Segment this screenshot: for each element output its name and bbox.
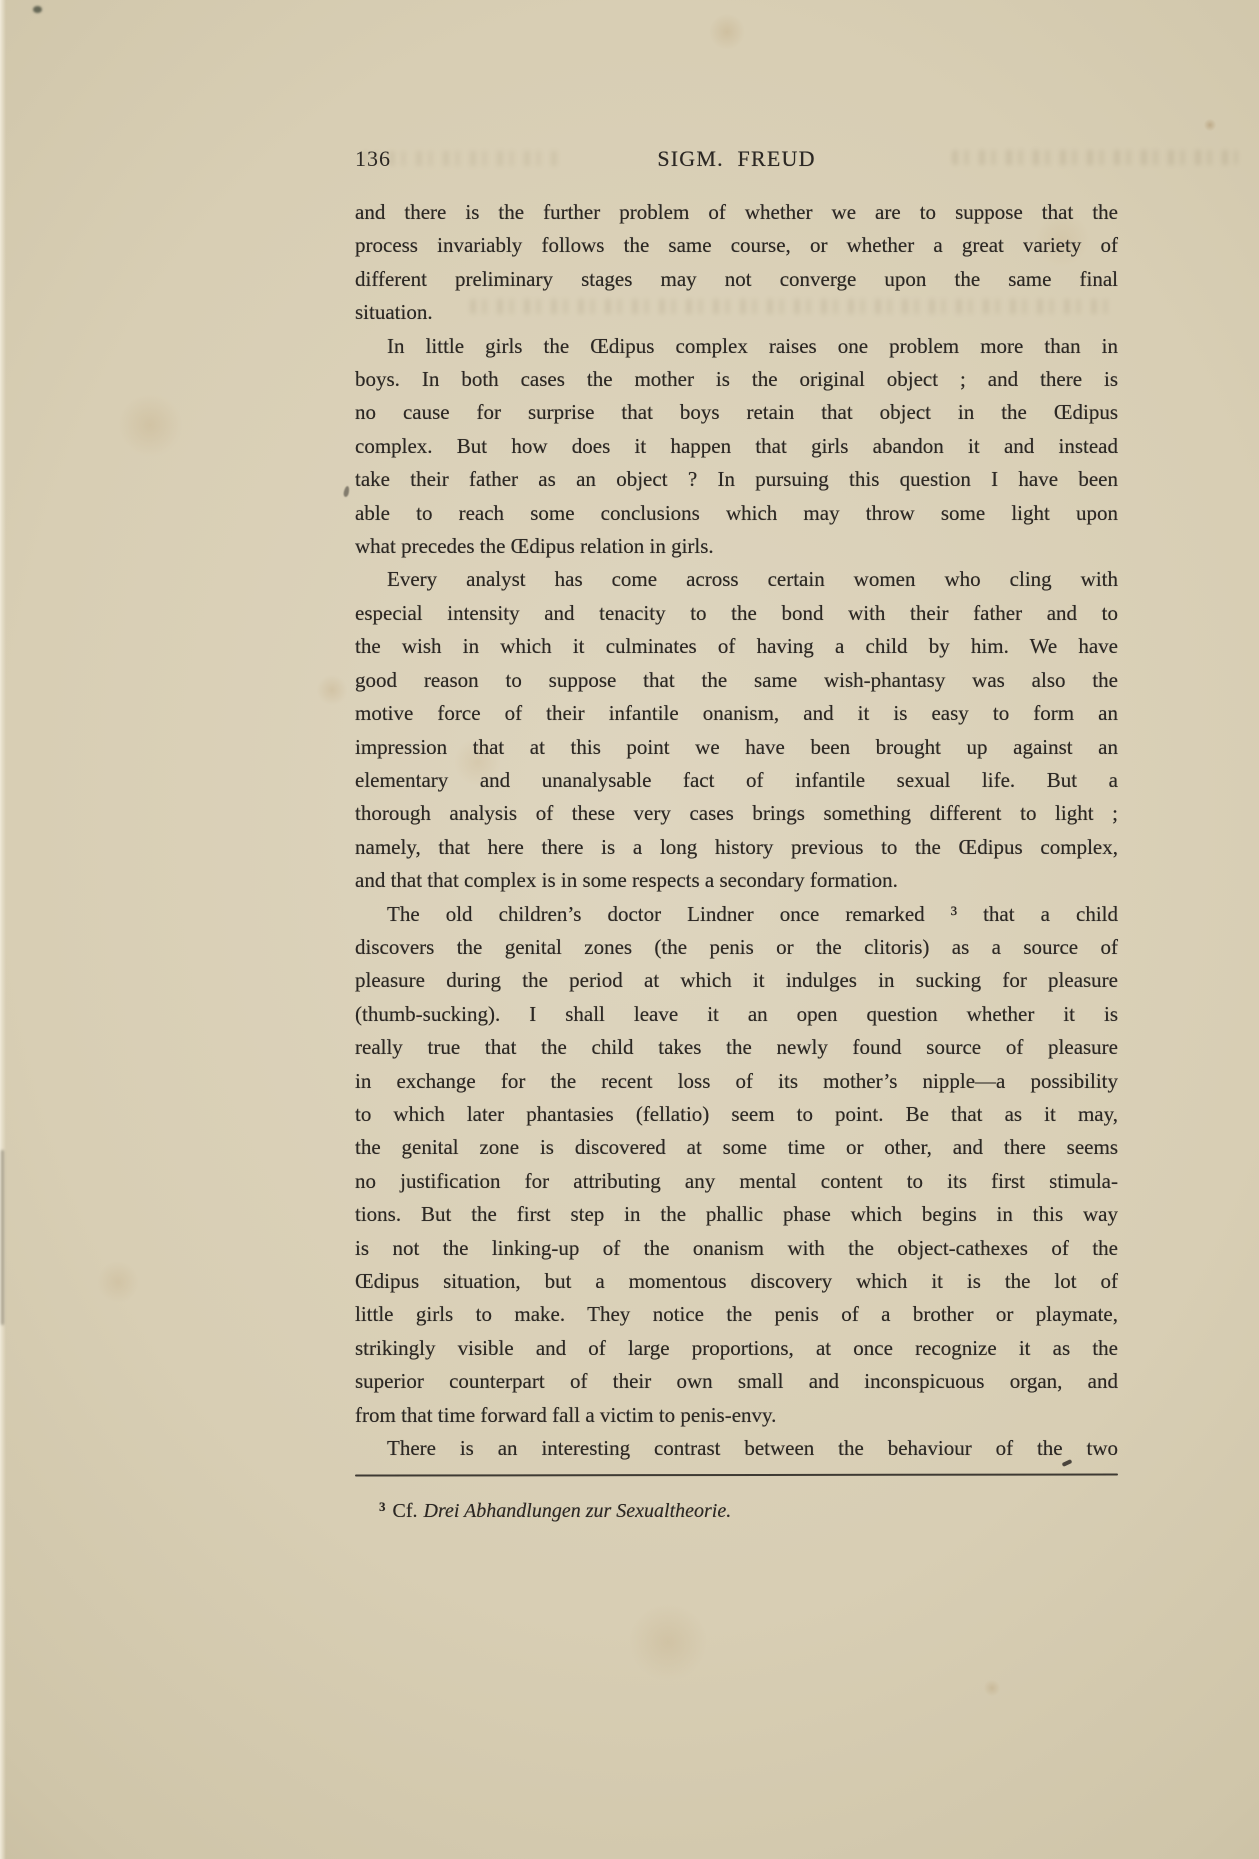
text-line: process invariably follows the same cour… — [355, 229, 1118, 262]
text-line: tions. But the first step in the phallic… — [355, 1198, 1118, 1231]
text-line: elementary and unanalysable fact of infa… — [355, 764, 1118, 797]
ink-speck — [343, 486, 350, 498]
text-line: In little girls the Œdipus complex raise… — [355, 330, 1118, 363]
text-line: Œdipus situation, but a momentous discov… — [355, 1265, 1118, 1298]
text-line: thorough analysis of these very cases br… — [355, 797, 1118, 830]
text-line: (thumb-sucking). I shall leave it an ope… — [355, 998, 1118, 1031]
book-page: 136 SIGM. FREUD and there is the further… — [0, 0, 1259, 1859]
footnote-prefix: Cf. — [393, 1500, 418, 1522]
text-line: boys. In both cases the mother is the or… — [355, 363, 1118, 396]
text-line: The old children’s doctor Lindner once r… — [355, 898, 1118, 931]
text-line: strikingly visible and of large proporti… — [355, 1332, 1118, 1365]
text-line: and that that complex is in some respect… — [355, 864, 1118, 897]
text-line: namely, that here there is a long histor… — [355, 831, 1118, 864]
footnote-marker: 3 — [379, 1499, 386, 1514]
text-line: in exchange for the recent loss of its m… — [355, 1065, 1118, 1098]
text-line: is not the linking-up of the onanism wit… — [355, 1232, 1118, 1265]
text-line: Every analyst has come across certain wo… — [355, 563, 1118, 596]
scan-edge — [0, 0, 6, 1859]
text-line: superior counterpart of their own small … — [355, 1365, 1118, 1398]
footnote-rule — [355, 1473, 1118, 1476]
text-line: really true that the child takes the new… — [355, 1031, 1118, 1064]
running-head: SIGM. FREUD — [355, 146, 1118, 172]
text-line: motive force of their infantile onanism,… — [355, 697, 1118, 730]
text-line: the wish in which it culminates of havin… — [355, 630, 1118, 663]
text-line: There is an interesting contrast between… — [355, 1432, 1118, 1465]
ink-speck — [33, 6, 42, 13]
text-line: what precedes the Œdipus relation in gir… — [355, 530, 1118, 563]
text-line: good reason to suppose that the same wis… — [355, 664, 1118, 697]
text-line: from that time forward fall a victim to … — [355, 1399, 1118, 1432]
text-line: impression that at this point we have be… — [355, 731, 1118, 764]
text-line: no justification for attributing any men… — [355, 1165, 1118, 1198]
text-line: different preliminary stages may not con… — [355, 263, 1118, 296]
text-line: the genital zone is discovered at some t… — [355, 1131, 1118, 1164]
text-line: pleasure during the period at which it i… — [355, 964, 1118, 997]
footnote: 3Cf.Drei Abhandlungen zur Sexualtheorie. — [379, 1499, 731, 1523]
text-line: discovers the genital zones (the penis o… — [355, 931, 1118, 964]
text-line: complex. But how does it happen that gir… — [355, 430, 1118, 463]
footnote-title: Drei Abhandlungen zur Sexualtheorie. — [424, 1500, 732, 1522]
page-header: 136 SIGM. FREUD — [355, 146, 1118, 172]
text-line: take their father as an object ? In purs… — [355, 463, 1118, 496]
text-line: and there is the further problem of whet… — [355, 196, 1118, 229]
text-line: able to reach some conclusions which may… — [355, 497, 1118, 530]
text-line: no cause for surprise that boys retain t… — [355, 396, 1118, 429]
text-line: situation. — [355, 296, 1118, 329]
text-line: especial intensity and tenacity to the b… — [355, 597, 1118, 630]
text-line: to which later phantasies (fellatio) see… — [355, 1098, 1118, 1131]
body-text: and there is the further problem of whet… — [355, 196, 1118, 1465]
scan-edge-streak — [1, 1150, 4, 1325]
text-line: little girls to make. They notice the pe… — [355, 1298, 1118, 1331]
